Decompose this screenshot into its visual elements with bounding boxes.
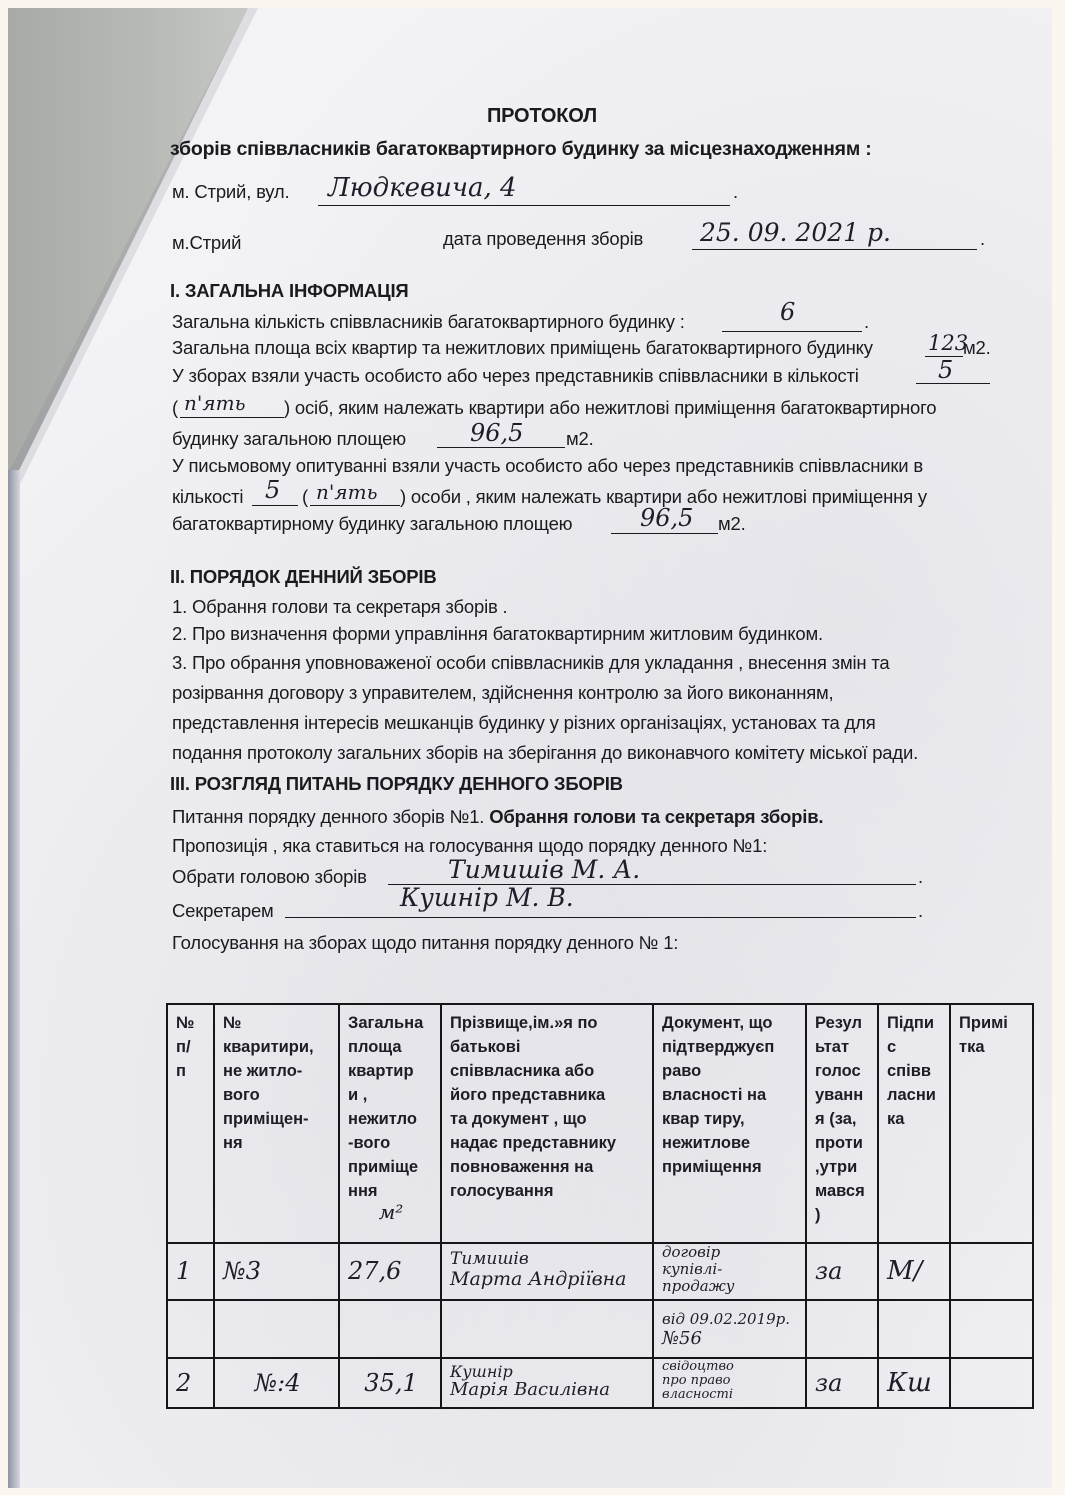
question-prefix: Питання порядку денного зборів №1. [172, 806, 484, 827]
cell-note [950, 1300, 1033, 1358]
agenda-item: 3. Про обрання уповноваженої особи співв… [172, 654, 889, 673]
meeting-participants-label: У зборах взяли участь особисто або через… [172, 367, 859, 386]
voting-table: № п/ п № кваритири, не житло- вого примі… [166, 1003, 1034, 1409]
survey-count-underline [252, 505, 298, 506]
meeting-area-underline [437, 447, 565, 448]
meeting-area-unit: м2. [566, 430, 594, 449]
address-underline [318, 205, 730, 206]
apartment-number: №3 [223, 1257, 261, 1285]
cell-signature [878, 1300, 950, 1358]
meeting-participants-underline [916, 383, 990, 384]
owners-count-underline [722, 331, 862, 332]
owner-surname: Кушнір [450, 1363, 646, 1380]
date-underline [692, 249, 977, 250]
apartment-area: 35,1 [364, 1369, 417, 1397]
owner-surname: Тимишів [450, 1251, 646, 1268]
document-text: купівлі- [662, 1261, 799, 1278]
document-date: від 09.02.2019р. [662, 1311, 799, 1328]
address-value: Людкевича, 4 [328, 175, 517, 201]
cell-area [339, 1300, 441, 1358]
address-label: м. Стрий, вул. [172, 183, 289, 202]
cell-note [950, 1358, 1033, 1408]
agenda-item: 2. Про визначення форми управління багат… [172, 625, 823, 644]
date-label: дата проведення зборів [443, 230, 643, 249]
cell-ownership-document: від 09.02.2019р. №56 [653, 1300, 806, 1358]
header-apartment: № кваритири, не житло- вого приміщен- ня [214, 1004, 339, 1243]
meeting-participants-words: п'ять [184, 393, 245, 413]
header-area: Загальна площа квартир и , нежитло -вого… [339, 1004, 441, 1243]
period: . [864, 313, 869, 332]
question-title: Обрання голови та секретаря зборів. [484, 806, 823, 827]
owner-signature: М/ [887, 1256, 922, 1286]
survey-count-label: кількості [172, 488, 243, 507]
header-owner-name: Прізвище,ім.»я по батькові співвласника … [441, 1004, 653, 1243]
document-text: договір [662, 1244, 799, 1261]
table-row: 1 №3 27,6 Тимишів Марта Андріївна догові… [167, 1243, 1033, 1300]
total-area-label: Загальна площа всіх квартир та нежитлови… [172, 339, 873, 358]
survey-count-value: 5 [265, 478, 280, 502]
period: . [733, 183, 738, 202]
header-number: № п/ п [167, 1004, 214, 1243]
secretary-underline [285, 917, 916, 918]
period: . [980, 230, 985, 249]
header-note: Примі тка [950, 1004, 1033, 1243]
survey-area-underline [611, 533, 718, 534]
page-edge [8, 470, 20, 1488]
question-1: Питання порядку денного зборів №1. Обран… [172, 808, 823, 827]
table-row: від 09.02.2019р. №56 [167, 1300, 1033, 1358]
voting-label: Голосування на зборах щодо питання поряд… [172, 934, 678, 953]
document-title: ПРОТОКОЛ [487, 106, 597, 126]
header-vote-result: Резул ьтат голос уванн я (за, проти ,утр… [806, 1004, 878, 1243]
survey-count-words-underline [310, 505, 400, 506]
chair-label: Обрати головою зборів [172, 868, 367, 887]
cell-area: 35,1 [339, 1358, 441, 1408]
meeting-area-value: 96,5 [470, 421, 523, 445]
cell-area: 27,6 [339, 1243, 441, 1300]
survey-area-value: 96,5 [640, 506, 693, 530]
cell-owner-name [441, 1300, 653, 1358]
apartment-area: 27,6 [348, 1257, 401, 1285]
owner-signature: Кш [887, 1368, 932, 1398]
cell-note [950, 1243, 1033, 1300]
section2-heading: ІІ. ПОРЯДОК ДЕННИЙ ЗБОРІВ [170, 568, 437, 587]
cell-signature: М/ [878, 1243, 950, 1300]
period: . [918, 902, 923, 921]
cell-ownership-document: договір купівлі- продажу [653, 1243, 806, 1300]
row-number: 2 [176, 1369, 191, 1397]
header-ownership-document: Документ, що підтверджуєп раво власності… [653, 1004, 806, 1243]
section3-heading: ІІІ. РОЗГЛЯД ПИТАНЬ ПОРЯДКУ ДЕННОГО ЗБОР… [170, 775, 623, 794]
header-area-label: Загальна площа квартир и , нежитло -вого… [348, 1014, 423, 1200]
area-unit-handwritten: м² [348, 1203, 434, 1221]
paren-open: ( [302, 488, 308, 507]
survey-count-words: п'ять [316, 482, 377, 502]
meeting-area-label: будинку загальною площею [172, 430, 406, 449]
table-row: 2 №:4 35,1 Кушнір Марія Василівна свідоц… [167, 1358, 1033, 1408]
agenda-item: 1. Обрання голови та секретаря зборів . [172, 598, 508, 617]
meeting-participants-tail: ) осіб, яким належать квартири або нежит… [284, 399, 936, 418]
cell-ownership-document: свідоцтво про право власності [653, 1358, 806, 1408]
cell-vote-result: за [806, 1358, 878, 1408]
cell-vote-result: за [806, 1243, 878, 1300]
total-area-value: 123 [928, 333, 968, 354]
cell-vote-result [806, 1300, 878, 1358]
document-text: свідоцтво [662, 1360, 799, 1374]
apartment-number: №:4 [254, 1369, 300, 1397]
meeting-participants-value: 5 [938, 358, 953, 382]
agenda-item: подання протоколу загальних зборів на зб… [172, 744, 918, 763]
table-header-row: № п/ п № кваритири, не житло- вого примі… [167, 1004, 1033, 1243]
document-text: власності [662, 1388, 799, 1402]
secretary-value: Кушнір М. В. [400, 885, 574, 910]
vote-result: за [815, 1257, 842, 1285]
cell-apartment: №3 [214, 1243, 339, 1300]
cell-number: 2 [167, 1358, 214, 1408]
row-number: 1 [176, 1257, 191, 1285]
owner-given-name: Марія Василівна [450, 1380, 646, 1400]
city-label: м.Стрий [172, 234, 241, 253]
cell-owner-name: Кушнір Марія Василівна [441, 1358, 653, 1408]
secretary-label: Секретарем [172, 902, 274, 921]
owner-given-name: Марта Андріївна [450, 1268, 646, 1290]
cell-apartment: №:4 [214, 1358, 339, 1408]
cell-apartment [214, 1300, 339, 1358]
paren-open: ( [172, 399, 178, 418]
document-text: про право [662, 1374, 799, 1388]
proposal-label: Пропозиція , яка ставиться на голосуванн… [172, 837, 767, 856]
agenda-item: розірвання договору з управителем, здійс… [172, 684, 834, 703]
survey-area-label: багатоквартирному будинку загальною площ… [172, 515, 572, 534]
survey-label: У письмовому опитуванні взяли участь осо… [172, 457, 923, 476]
owners-count-value: 6 [780, 300, 795, 324]
agenda-item: представлення інтересів мешканців будинк… [172, 714, 876, 733]
owners-count-label: Загальна кількість співвласників багаток… [172, 313, 685, 332]
survey-area-unit: м2. [718, 515, 746, 534]
section1-heading: І. ЗАГАЛЬНА ІНФОРМАЦІЯ [170, 282, 409, 301]
document-subtitle: зборів співвласників багатоквартирного б… [170, 140, 872, 160]
document-number: №56 [662, 1328, 799, 1350]
chair-value: Тимишів М. А. [448, 857, 640, 882]
cell-number [167, 1300, 214, 1358]
vote-result: за [815, 1369, 842, 1397]
meeting-participants-words-underline [180, 417, 284, 418]
period: . [918, 868, 923, 887]
cell-signature: Кш [878, 1358, 950, 1408]
document-text: продажу [662, 1278, 799, 1295]
header-signature: Підпи с співв ласни ка [878, 1004, 950, 1243]
cell-number: 1 [167, 1243, 214, 1300]
date-value: 25. 09. 2021 р. [700, 220, 891, 245]
cell-owner-name: Тимишів Марта Андріївна [441, 1243, 653, 1300]
